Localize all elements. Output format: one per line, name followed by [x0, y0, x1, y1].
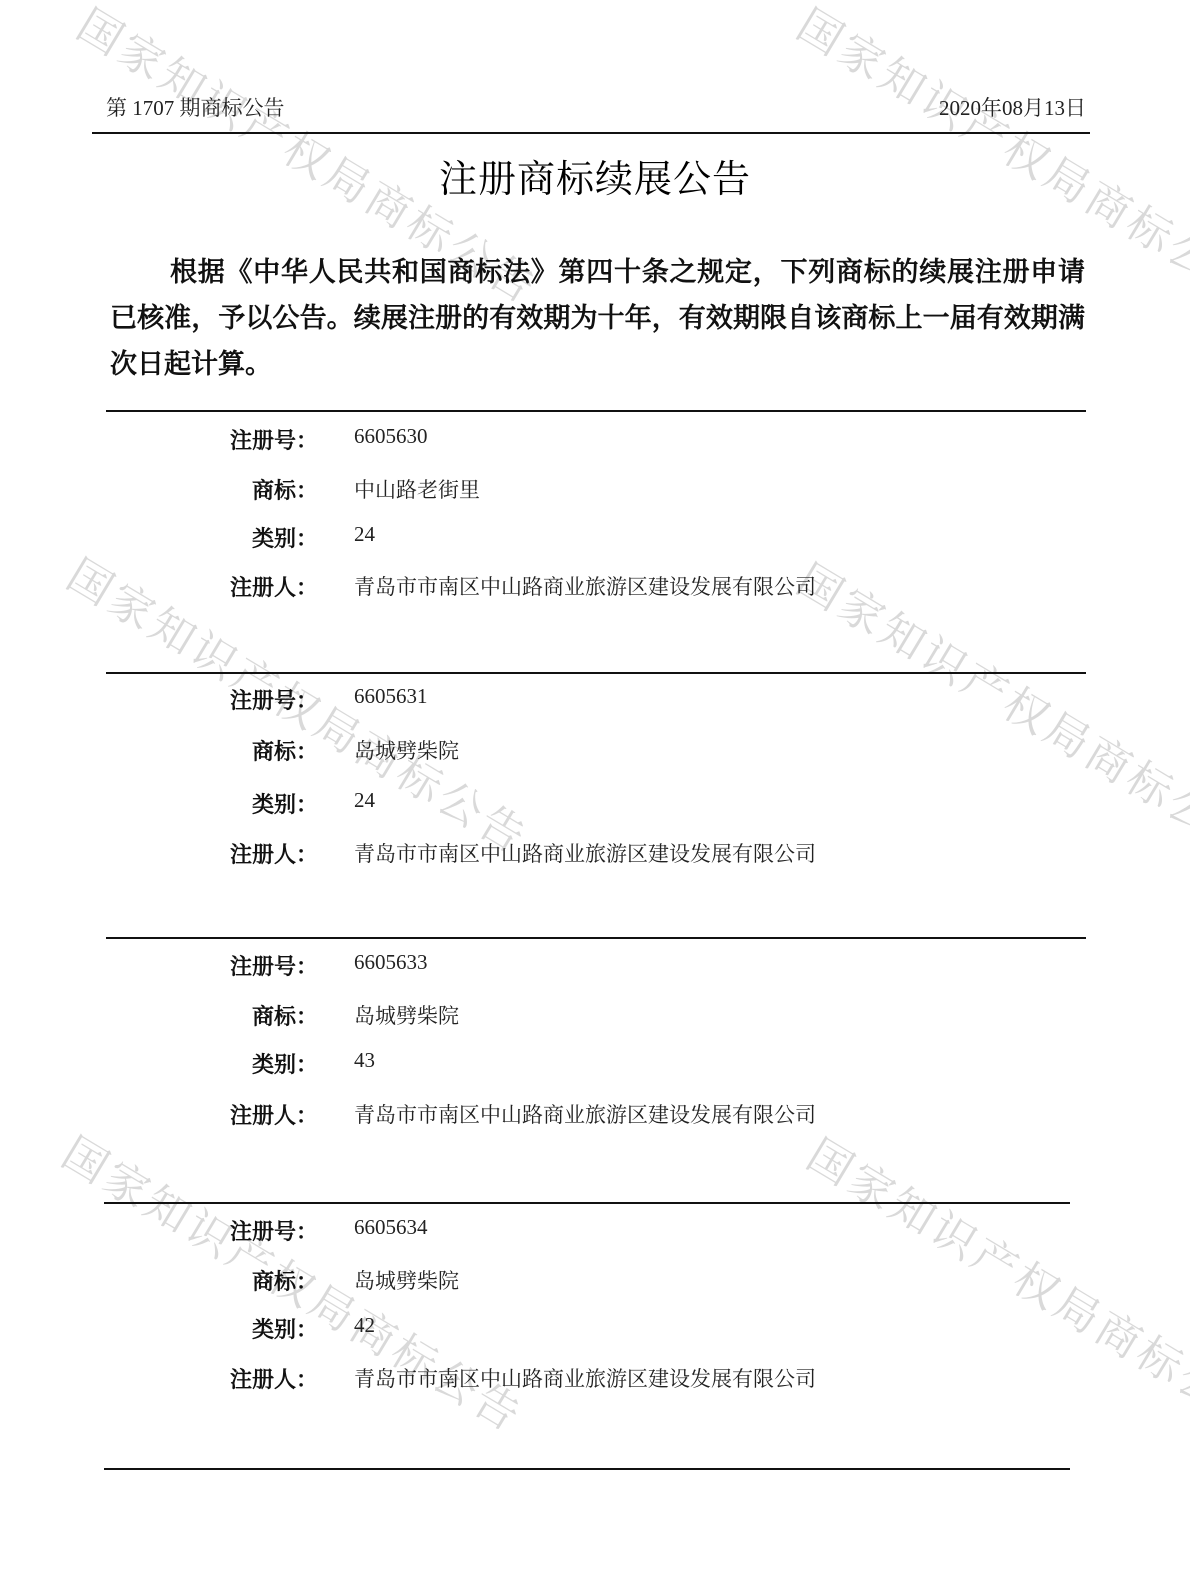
mark-label: 商标： — [252, 735, 318, 766]
registrant-label: 注册人： — [230, 838, 318, 869]
class-label: 类别： — [252, 522, 318, 553]
mark-row: 商标： 岛城劈柴院 — [0, 1000, 1190, 1030]
reg-no-row: 注册号： 6605634 — [0, 1215, 1190, 1245]
page-title: 注册商标续展公告 — [0, 148, 1190, 203]
class-label: 类别： — [252, 1313, 318, 1344]
class-value: 43 — [354, 1048, 375, 1073]
registrant-value: 青岛市市南区中山路商业旅游区建设发展有限公司 — [354, 571, 816, 601]
header-divider — [92, 132, 1090, 134]
class-row: 类别： 42 — [0, 1313, 1190, 1343]
registrant-value: 青岛市市南区中山路商业旅游区建设发展有限公司 — [354, 838, 816, 868]
reg-no-label: 注册号： — [230, 1215, 318, 1246]
mark-label: 商标： — [252, 474, 318, 505]
registrant-row: 注册人： 青岛市市南区中山路商业旅游区建设发展有限公司 — [0, 838, 1190, 868]
class-row: 类别： 24 — [0, 522, 1190, 552]
mark-row: 商标： 岛城劈柴院 — [0, 1265, 1190, 1295]
intro-paragraph: 根据《中华人民共和国商标法》第四十条之规定，下列商标的续展注册申请已核准，予以公… — [110, 250, 1085, 388]
class-row: 类别： 24 — [0, 788, 1190, 818]
mark-row: 商标： 中山路老街里 — [0, 474, 1190, 504]
class-label: 类别： — [252, 1048, 318, 1079]
entry-divider — [106, 937, 1086, 939]
class-value: 42 — [354, 1313, 375, 1338]
registrant-value: 青岛市市南区中山路商业旅游区建设发展有限公司 — [354, 1099, 816, 1129]
class-value: 24 — [354, 788, 375, 813]
mark-label: 商标： — [252, 1000, 318, 1031]
mark-label: 商标： — [252, 1265, 318, 1296]
reg-no-label: 注册号： — [230, 684, 318, 715]
reg-no-row: 注册号： 6605630 — [0, 424, 1190, 454]
reg-no-label: 注册号： — [230, 424, 318, 455]
entry-divider — [104, 1468, 1070, 1470]
entry-divider — [106, 410, 1086, 412]
issue-number: 第 1707 期商标公告 — [106, 92, 285, 122]
mark-value: 中山路老街里 — [354, 474, 480, 504]
registrant-label: 注册人： — [230, 1099, 318, 1130]
registrant-value: 青岛市市南区中山路商业旅游区建设发展有限公司 — [354, 1363, 816, 1393]
registrant-row: 注册人： 青岛市市南区中山路商业旅游区建设发展有限公司 — [0, 1099, 1190, 1129]
reg-no-label: 注册号： — [230, 950, 318, 981]
class-value: 24 — [354, 522, 375, 547]
reg-no-value: 6605630 — [354, 424, 428, 449]
reg-no-value: 6605634 — [354, 1215, 428, 1240]
mark-row: 商标： 岛城劈柴院 — [0, 735, 1190, 765]
registrant-row: 注册人： 青岛市市南区中山路商业旅游区建设发展有限公司 — [0, 1363, 1190, 1393]
publication-date: 2020年08月13日 — [939, 92, 1086, 122]
registrant-label: 注册人： — [230, 571, 318, 602]
entry-divider — [106, 672, 1086, 674]
class-row: 类别： 43 — [0, 1048, 1190, 1078]
announcement-page: 国家知识产权局商标公告 国家知识产权局商标公告 国家知识产权局商标公告 国家知识… — [0, 0, 1190, 1596]
reg-no-value: 6605631 — [354, 684, 428, 709]
entry-divider — [104, 1202, 1070, 1204]
mark-value: 岛城劈柴院 — [354, 1000, 459, 1030]
registrant-label: 注册人： — [230, 1363, 318, 1394]
registrant-row: 注册人： 青岛市市南区中山路商业旅游区建设发展有限公司 — [0, 571, 1190, 601]
reg-no-value: 6605633 — [354, 950, 428, 975]
reg-no-row: 注册号： 6605631 — [0, 684, 1190, 714]
mark-value: 岛城劈柴院 — [354, 1265, 459, 1295]
class-label: 类别： — [252, 788, 318, 819]
mark-value: 岛城劈柴院 — [354, 735, 459, 765]
reg-no-row: 注册号： 6605633 — [0, 950, 1190, 980]
